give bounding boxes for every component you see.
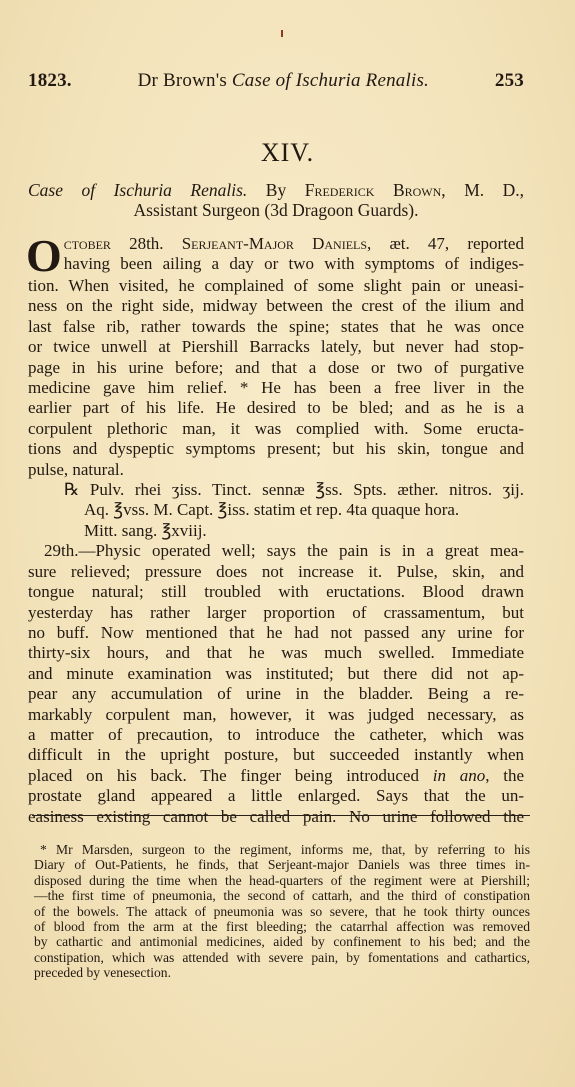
text-line: difficult in the upright posture, but su… bbox=[28, 745, 524, 765]
body-text: O ctober 28th. Serjeant-Major Daniels, æ… bbox=[28, 234, 524, 827]
text-line: tion. When visited, he complained of som… bbox=[28, 276, 524, 296]
footnote-line: Diary of Out-Patients, he finds, that Se… bbox=[34, 857, 530, 872]
text-line: or twice unwell at Piershill Barracks la… bbox=[28, 337, 524, 357]
footnote-line: * Mr Marsden, surgeon to the regiment, i… bbox=[34, 842, 530, 857]
text-line: pear any accumulation of urine in the bl… bbox=[28, 684, 524, 704]
patient-name: Serjeant-Major Daniels, bbox=[182, 234, 372, 253]
footnote-divider bbox=[32, 815, 530, 816]
footnote-line: disposed during the time when the head-q… bbox=[34, 873, 530, 888]
date-smallcaps: ctober bbox=[64, 234, 111, 253]
text-line: having been ailing a day or two with sym… bbox=[28, 254, 524, 274]
running-head-year: 1823. bbox=[28, 70, 72, 92]
text-line: page in his urine before; and that a dos… bbox=[28, 358, 524, 378]
page-number: 253 bbox=[495, 70, 524, 92]
article-degree: M. D., bbox=[464, 180, 524, 200]
text-line: ctober 28th. Serjeant-Major Daniels, æt.… bbox=[28, 234, 524, 254]
italic-phrase: in ano bbox=[433, 766, 485, 785]
footnote-line: of blood from the arm at the first bleed… bbox=[34, 919, 530, 934]
text-line: last false rib, rather towards the spine… bbox=[28, 317, 524, 337]
text-line: markably corpulent man, however, it was … bbox=[28, 705, 524, 725]
footnote-line: of the bowels. The attack of pneumonia w… bbox=[34, 904, 530, 919]
text-line: ness on the right side, midway between t… bbox=[28, 296, 524, 316]
text-line: tongue natural; still troubled with eruc… bbox=[28, 582, 524, 602]
running-head: 1823. Dr Brown's Case of Ischuria Renali… bbox=[28, 70, 524, 92]
footnote: * Mr Marsden, surgeon to the regiment, i… bbox=[34, 842, 530, 981]
line-text: placed on his back. The finger being int… bbox=[28, 766, 433, 785]
running-head-title-italic: Case of Ischuria Renalis. bbox=[232, 70, 429, 91]
footnote-line: constipation, which was attended with se… bbox=[34, 950, 530, 965]
running-head-title: Dr Brown's Case of Ischuria Renalis. bbox=[138, 70, 429, 92]
text-line: medicine gave him relief. * He has been … bbox=[28, 378, 524, 398]
article-title-line-1: Case of Ischuria Renalis. By Frederick B… bbox=[28, 180, 524, 200]
text-line: sure relieved; pressure does not increas… bbox=[28, 562, 524, 582]
footnote-line: —the first time of pneumonia, the second… bbox=[34, 888, 530, 903]
text-line: yesterday has rather larger proportion o… bbox=[28, 603, 524, 623]
date-text: 28th. bbox=[111, 234, 182, 253]
article-author: Frederick Brown, bbox=[305, 180, 446, 200]
text-line: prostate gland appeared a little enlarge… bbox=[28, 786, 524, 806]
text-line: 29th.—Physic operated well; says the pai… bbox=[28, 541, 524, 561]
prescription-line: ℞ Pulv. rhei ʒiss. Tinct. sennæ ℥ss. Spt… bbox=[28, 480, 524, 500]
text-line: easiness existing cannot be called pain.… bbox=[28, 807, 524, 827]
line-text: æt. 47, reported bbox=[371, 234, 524, 253]
text-line: no buff. Now mentioned that he had not p… bbox=[28, 623, 524, 643]
text-line: thirty-six hours, and that he was much s… bbox=[28, 643, 524, 663]
chapter-number: XIV. bbox=[0, 138, 575, 168]
ink-speck bbox=[281, 30, 283, 37]
article-title-italic: Case of Ischuria Renalis. bbox=[28, 180, 247, 200]
text-line: corpulent plethoric man, it was complied… bbox=[28, 419, 524, 439]
line-text: , the bbox=[485, 766, 524, 785]
text-line: and minute examination was instituted; b… bbox=[28, 664, 524, 684]
text-line: pulse, natural. bbox=[28, 460, 524, 480]
text-line: earlier part of his life. He desired to … bbox=[28, 398, 524, 418]
article-affiliation: Assistant Surgeon (3d Dragoon Guards). bbox=[28, 200, 524, 220]
article-title: Case of Ischuria Renalis. By Frederick B… bbox=[28, 180, 524, 220]
text-line: placed on his back. The finger being int… bbox=[28, 766, 524, 786]
running-head-author: Dr Brown's bbox=[138, 70, 227, 91]
drop-cap: O bbox=[26, 236, 62, 276]
article-by: By bbox=[266, 180, 286, 200]
prescription-line: Mitt. sang. ℥xviij. bbox=[28, 521, 524, 541]
footnote-line: by cathartic and antimonial medicines, a… bbox=[34, 934, 530, 949]
footnote-line: preceded by venesection. bbox=[34, 965, 530, 980]
text-line: a matter of precaution, to introduce the… bbox=[28, 725, 524, 745]
book-page: 1823. Dr Brown's Case of Ischuria Renali… bbox=[0, 0, 575, 1087]
text-line: tions and dyspeptic symptoms present; bu… bbox=[28, 439, 524, 459]
prescription-line: Aq. ℥vss. M. Capt. ℥iss. statim et rep. … bbox=[28, 500, 524, 520]
